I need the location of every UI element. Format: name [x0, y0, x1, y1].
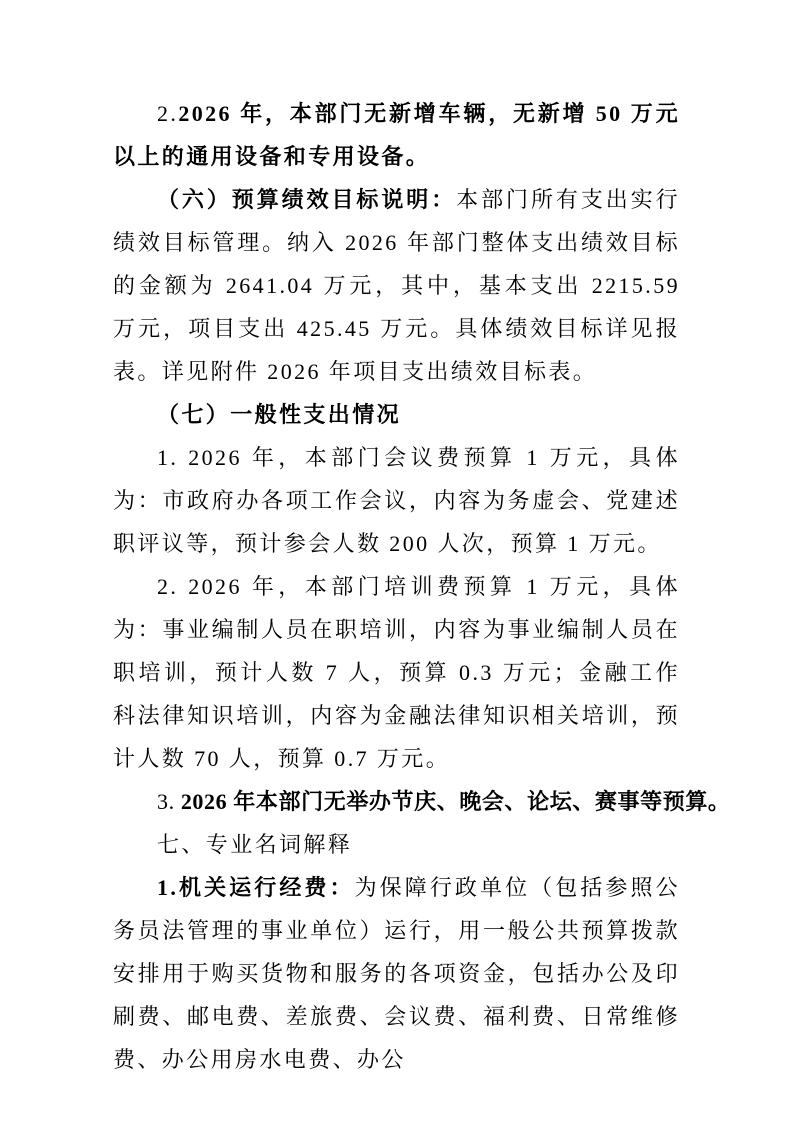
- paragraph-lead-label: （六）预算绩效目标说明：: [157, 187, 456, 212]
- paragraph-body-text: 为保障行政单位（包括参照公务员法管理的事业单位）运行，用一般公共预算拨款安排用于…: [113, 875, 680, 1072]
- paragraph-bold-text: 2026 年，本部门无新增车辆，无新增 50 万元以上的通用设备和专用设备。: [113, 101, 680, 169]
- paragraph-training-fees: 2. 2026 年，本部门培训费预算 1 万元，具体为：事业编制人员在职培训，内…: [113, 565, 680, 780]
- document-page: 2.2026 年，本部门无新增车辆，无新增 50 万元以上的通用设备和专用设备。…: [0, 0, 793, 1122]
- paragraph-body-text: 2. 2026 年，本部门培训费预算 1 万元，具体为：事业编制人员在职培训，内…: [113, 574, 680, 771]
- paragraph-budget-performance-targets: （六）预算绩效目标说明：本部门所有支出实行绩效目标管理。纳入 2026 年部门整…: [113, 178, 680, 393]
- heading-text: 七、专业名词解释: [157, 832, 352, 857]
- paragraph-meeting-fees: 1. 2026 年，本部门会议费预算 1 万元，具体为：市政府办各项工作会议，内…: [113, 436, 680, 565]
- paragraph-body-text: 本部门所有支出实行绩效目标管理。纳入 2026 年部门整体支出绩效目标的金额为 …: [113, 187, 680, 384]
- list-number: 3.: [157, 789, 181, 814]
- paragraph-body-text: 1. 2026 年，本部门会议费预算 1 万元，具体为：市政府办各项工作会议，内…: [113, 445, 680, 556]
- heading-general-expenditure: （七）一般性支出情况: [113, 393, 680, 436]
- document-content: 2.2026 年，本部门无新增车辆，无新增 50 万元以上的通用设备和专用设备。…: [113, 92, 680, 1081]
- paragraph-lead-label: 1.机关运行经费：: [157, 875, 355, 900]
- heading-text: （七）一般性支出情况: [157, 402, 401, 427]
- heading-terminology: 七、专业名词解释: [113, 823, 680, 866]
- list-number: 2.: [157, 101, 178, 126]
- paragraph-no-new-vehicles: 2.2026 年，本部门无新增车辆，无新增 50 万元以上的通用设备和专用设备。: [113, 92, 680, 178]
- paragraph-operating-funds: 1.机关运行经费：为保障行政单位（包括参照公务员法管理的事业单位）运行，用一般公…: [113, 866, 680, 1081]
- paragraph-bold-text: 2026 年本部门无举办节庆、晚会、论坛、赛事等预算。: [181, 789, 731, 814]
- paragraph-no-festival-budget: 3. 2026 年本部门无举办节庆、晚会、论坛、赛事等预算。: [113, 780, 680, 823]
